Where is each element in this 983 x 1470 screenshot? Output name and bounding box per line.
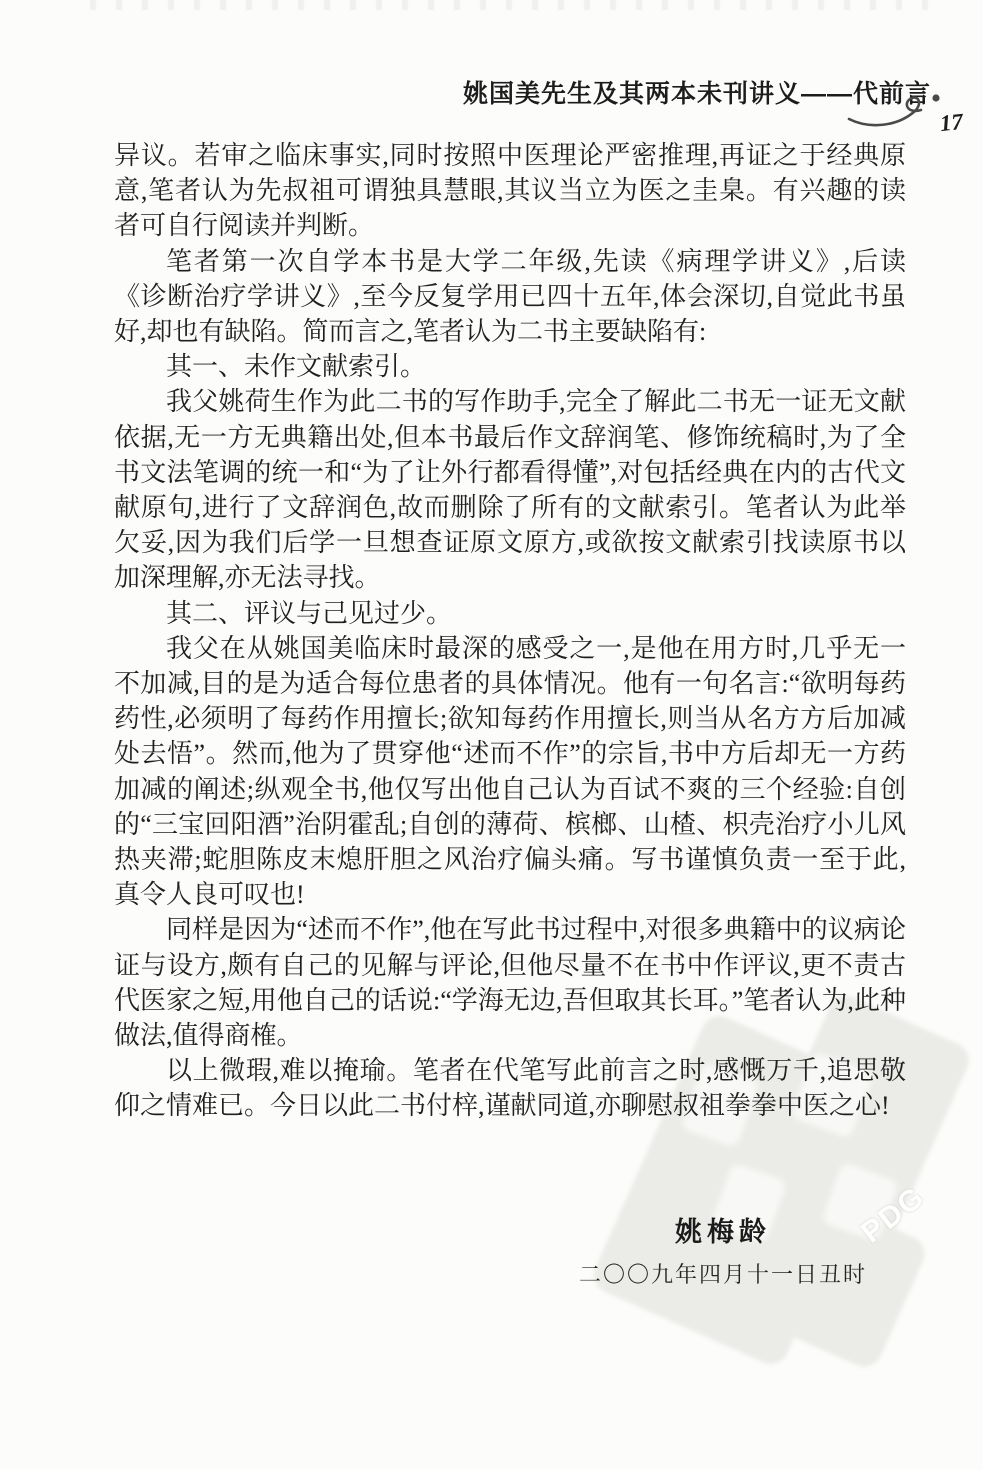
paragraph: 以上微瑕,难以掩瑜。笔者在代笔写此前言之时,感慨万千,追思敬仰之情难已。今日以此… bbox=[114, 1053, 906, 1123]
paragraph: 异议。若审之临床事实,同时按照中医理论严密推理,再证之于经典原意,笔者认为先叔祖… bbox=[114, 138, 906, 244]
page-body: 异议。若审之临床事实,同时按照中医理论严密推理,再证之于经典原意,笔者认为先叔祖… bbox=[114, 138, 906, 1124]
page-number: 17 bbox=[939, 109, 965, 137]
paragraph: 同样是因为“述而不作”,他在写此书过程中,对很多典籍中的议病论证与设方,颇有自己… bbox=[114, 912, 906, 1053]
paragraph: 笔者第一次自学本书是大学二年级,先读《病理学讲义》,后读《诊断治疗学讲义》,至今… bbox=[114, 244, 906, 350]
signature-date: 二〇〇九年四月十一日丑时 bbox=[573, 1258, 873, 1289]
paragraph: 我父姚荷生作为此二书的写作助手,完全了解此二书无一证无文献依据,无一方无典籍出处… bbox=[114, 384, 906, 595]
paragraph: 我父在从姚国美临床时最深的感受之一,是他在用方时,几乎无一不加减,目的是为适合每… bbox=[114, 631, 906, 913]
book-page: 姚国美先生及其两本未刊讲义——代前言 17 PDG 异议。若审之临床事实,同时按… bbox=[0, 0, 983, 1470]
swoosh-ornament-icon bbox=[847, 90, 951, 136]
scan-edge-artifacts bbox=[90, 0, 930, 10]
signature-block: 姚梅龄 二〇〇九年四月十一日丑时 bbox=[573, 1210, 873, 1289]
paragraph: 其二、评议与己见过少。 bbox=[114, 596, 906, 631]
signature-name: 姚梅龄 bbox=[573, 1210, 873, 1249]
paragraph: 其一、未作文献索引。 bbox=[114, 349, 906, 384]
